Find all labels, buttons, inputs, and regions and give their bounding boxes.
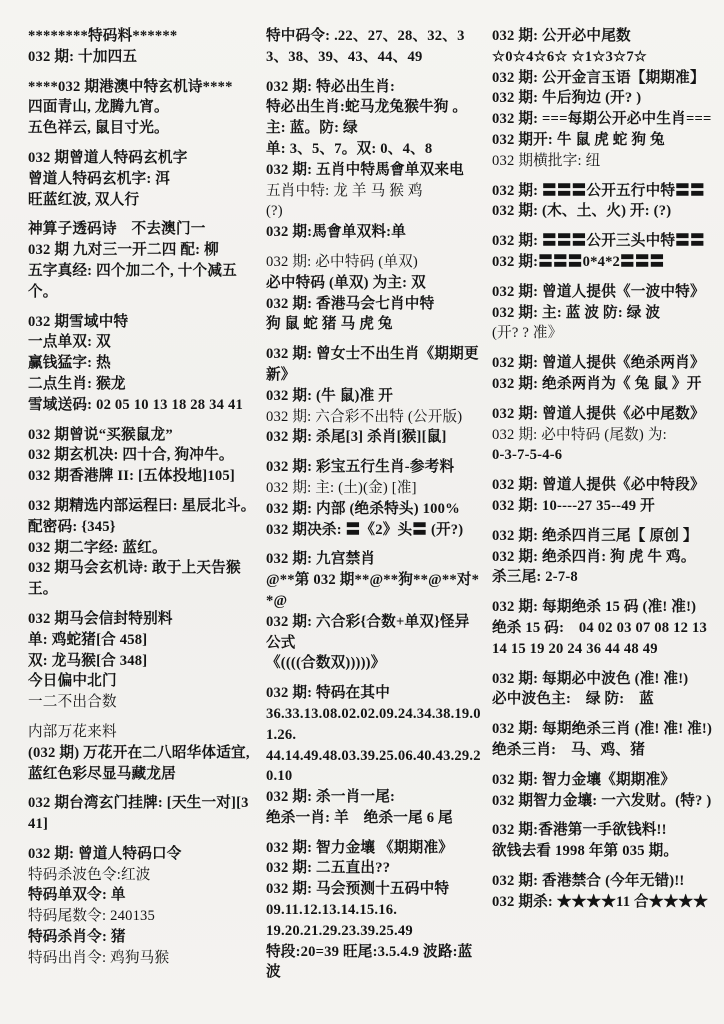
text-line: 032 期台湾玄门挂牌: [天生一对][341] — [28, 793, 256, 835]
text-line: 必中特码 (单双) 为主: 双 — [266, 273, 484, 294]
text-line: 36.33.13.08.02.02.09.24.34.38.19.01.26. — [266, 704, 484, 746]
paragraph-gap — [28, 416, 256, 425]
text-line: 032 期: 曾道人提供《一波中特》 — [492, 282, 724, 303]
text-line: 五色祥云, 鼠目寸光。 — [28, 118, 256, 139]
paragraph-gap — [28, 487, 256, 496]
text-line: 四面青山, 龙腾九宵。 — [28, 97, 256, 118]
text-line: 032 期: 智力金壤 《期期准》 — [266, 838, 484, 859]
text-line: 杀三尾: 2-7-8 — [492, 567, 724, 588]
text-line: 032 期: 曾道人提供《绝杀两肖》 — [492, 353, 724, 374]
text-line: 五肖中特: 龙 羊 马 猴 鸡 — [266, 181, 484, 202]
text-line: 032 期雪域中特 — [28, 312, 256, 333]
text-line: 032 期: 内部 (绝杀特头) 100% — [266, 499, 484, 520]
text-line: 032 期精选内部运程曰: 星辰北斗。 — [28, 496, 256, 517]
paragraph-gap — [28, 835, 256, 844]
text-line: 032 期横批字: 纽 — [492, 151, 724, 172]
text-line: 032 期马会玄机诗: 敢于上天告猴王。 — [28, 558, 256, 600]
text-line: 曾道人特码玄机字: 洱 — [28, 169, 256, 190]
text-line: 032 期: 必中特码 (尾数) 为: — [492, 425, 724, 446]
text-line: 今日偏中北门 — [28, 671, 256, 692]
text-line: 032 期: ===每期公开必中生肖=== — [492, 109, 724, 130]
text-line: 032 期 九对三一开二四 配: 柳 — [28, 240, 256, 261]
text-line: @**第 032 期**@**狗**@**对**@ — [266, 570, 484, 612]
text-line: 必中波色主: 绿 防: 蓝 — [492, 689, 724, 710]
text-line: 14 15 19 20 24 36 44 48 49 — [492, 639, 724, 660]
paragraph-gap — [266, 335, 484, 344]
left-column: ********特码料******032 期: 十加四五****032 期港澳中… — [28, 26, 256, 969]
text-line: 032 期: 曾女士不出生肖《期期更新》 — [266, 344, 484, 386]
paragraph-gap — [492, 761, 724, 770]
tip-sheet-page: ********特码料******032 期: 十加四五****032 期港澳中… — [0, 0, 724, 1024]
text-line: 赢钱猛字: 热 — [28, 353, 256, 374]
paragraph-gap — [492, 222, 724, 231]
paragraph-gap — [28, 210, 256, 219]
paragraph-gap — [492, 344, 724, 353]
text-line: 欲钱去看 1998 年第 035 期。 — [492, 841, 724, 862]
text-line: 032 期:馬會单双料:单 — [266, 222, 484, 243]
text-line: 032 期: 彩宝五行生肖-参考料 — [266, 457, 484, 478]
paragraph-gap — [28, 600, 256, 609]
text-line: 特必出生肖:蛇马龙兔猴牛狗 。 — [266, 97, 484, 118]
text-line: ********特码料****** — [28, 26, 256, 47]
text-line: 032 期: 二五直出?? — [266, 858, 484, 879]
text-line: 032 期: 主: (土)(金) [准] — [266, 478, 484, 499]
text-line: ****032 期港澳中特玄机诗**** — [28, 77, 256, 98]
text-line: 032 期玄机决: 四十合, 狗冲牛。 — [28, 445, 256, 466]
text-line: 032 期:香港第一手欲钱料!! — [492, 820, 724, 841]
text-line: 神算子透码诗 不去澳门一 — [28, 219, 256, 240]
paragraph-gap — [266, 829, 484, 838]
text-line: 单: 鸡蛇猪[合 458] — [28, 630, 256, 651]
paragraph-gap — [492, 466, 724, 475]
text-line: 旺蓝红波, 双人行 — [28, 190, 256, 211]
text-line: 单: 3、5、7。双: 0、4、8 — [266, 139, 484, 160]
text-line: 032 期: 牛后狗边 (开? ) — [492, 88, 724, 109]
paragraph-gap — [492, 395, 724, 404]
text-line: 032 期: 香港禁合 (今年无错)!! — [492, 871, 724, 892]
text-line: 032 期: 公开必中尾数 — [492, 26, 724, 47]
text-line: 032 期: 〓〓〓公开五行中特〓〓 — [492, 181, 724, 202]
text-line: 032 期二字经: 蓝红。 — [28, 538, 256, 559]
text-line: 特码单双令: 单 — [28, 885, 256, 906]
paragraph-gap — [492, 172, 724, 181]
text-line: 特码尾数令: 240135 — [28, 906, 256, 927]
text-line: (032 期) 万花开在二八昭华体适宜, 蓝红色彩尽显马藏龙居 — [28, 743, 256, 785]
paragraph-gap — [28, 139, 256, 148]
text-line: 032 期: 曾道人提供《必中特段》 — [492, 475, 724, 496]
paragraph-gap — [492, 710, 724, 719]
text-line: 44.14.49.48.03.39.25.06.40.43.29.20.10 — [266, 746, 484, 788]
text-line: 032 期: 六合彩{合数+单双}怪异公式 — [266, 612, 484, 654]
text-line: 狗 鼠 蛇 猪 马 虎 兔 — [266, 314, 484, 335]
paragraph-gap — [492, 517, 724, 526]
text-line: 032 期: 每期绝杀 15 码 (准! 准!) — [492, 597, 724, 618]
text-line: 特码出肖令: 鸡狗马猴 — [28, 948, 256, 969]
text-line: 032 期: 智力金壤《期期准》 — [492, 770, 724, 791]
paragraph-gap — [28, 68, 256, 77]
paragraph-gap — [28, 303, 256, 312]
text-line: 032 期: 绝杀四肖: 狗 虎 牛 鸡。 — [492, 547, 724, 568]
text-line: 特码杀波色令:红波 — [28, 865, 256, 886]
text-line: 二点生肖: 猴龙 — [28, 374, 256, 395]
text-line: 032 期: 六合彩不出特 (公开版) — [266, 407, 484, 428]
text-line: 032 期: 杀一肖一尾: — [266, 787, 484, 808]
text-line: 032 期: (牛 鼠)准 开 — [266, 386, 484, 407]
text-line: 032 期: 曾道人提供《必中尾数》 — [492, 404, 724, 425]
text-line: 《((((合数双)))))》 — [266, 653, 484, 674]
text-line: 特中码令: .22、27、28、32、33、38、39、43、44、49 — [266, 26, 484, 68]
text-line: 特段:20=39 旺尾:3.5.4.9 波路:蓝波 — [266, 942, 484, 984]
text-line: 一二不出合数 — [28, 692, 256, 713]
paragraph-gap — [28, 784, 256, 793]
paragraph-gap — [492, 862, 724, 871]
text-line: 五字真经: 四个加二个, 十个减五个。 — [28, 261, 256, 303]
text-line: 032 期曾道人特码玄机字 — [28, 148, 256, 169]
text-line: 032 期香港牌 II: [五体投地]105] — [28, 466, 256, 487]
text-line: 032 期: 每期必中波色 (准! 准!) — [492, 669, 724, 690]
paragraph-gap — [266, 68, 484, 77]
text-line: 032 期开: 牛 鼠 虎 蛇 狗 兔 — [492, 130, 724, 151]
right-column: 032 期: 公开必中尾数☆0☆4☆6☆ ☆1☆3☆7☆032 期: 公开金言玉… — [492, 26, 724, 912]
paragraph-gap — [492, 660, 724, 669]
text-line: 032 期: (木、土、火) 开: (?) — [492, 201, 724, 222]
text-line: 032 期马会信封特别料 — [28, 609, 256, 630]
text-line: 032 期: 曾道人特码口令 — [28, 844, 256, 865]
text-line: 032 期: 每期绝杀三肖 (准! 准! 准!) — [492, 719, 724, 740]
text-line: 内部万花来料 — [28, 722, 256, 743]
text-line: 0-3-7-5-4-6 — [492, 445, 724, 466]
text-line: 032 期: 杀尾[3] 杀肖[猴][鼠] — [266, 427, 484, 448]
text-line: 特码杀肖令: 猪 — [28, 927, 256, 948]
text-line: 主: 蓝。防: 绿 — [266, 118, 484, 139]
text-line: 032 期: 公开金言玉语【期期准】 — [492, 68, 724, 89]
paragraph-gap — [266, 448, 484, 457]
text-line: 19.20.21.29.23.39.25.49 — [266, 921, 484, 942]
text-line: 一点单双: 双 — [28, 332, 256, 353]
paragraph-gap — [266, 243, 484, 252]
text-line: ☆0☆4☆6☆ ☆1☆3☆7☆ — [492, 47, 724, 68]
text-line: 配密码: {345} — [28, 517, 256, 538]
text-line: 032 期智力金壤: 一六发财。(特? ) — [492, 791, 724, 812]
paragraph-gap — [266, 540, 484, 549]
text-line: 032 期: 绝杀两肖为《 兔 鼠 》开 — [492, 374, 724, 395]
paragraph-gap — [492, 811, 724, 820]
text-line: 032 期: 特码在其中 — [266, 683, 484, 704]
text-line: (开? ? 准》 — [492, 323, 724, 344]
text-line: 032 期杀: ★★★★11 合★★★★ — [492, 892, 724, 913]
text-line: 032 期: 特必出生肖: — [266, 77, 484, 98]
paragraph-gap — [492, 273, 724, 282]
text-line: 032 期: 绝杀四肖三尾【 原创 】 — [492, 526, 724, 547]
text-line: 032 期: 马会预测十五码中特 — [266, 879, 484, 900]
text-line: 032 期: 主: 蓝 波 防: 绿 波 — [492, 303, 724, 324]
paragraph-gap — [28, 713, 256, 722]
text-line: 032 期: 香港马会七肖中特 — [266, 294, 484, 315]
text-line: 雪域送码: 02 05 10 13 18 28 34 41 — [28, 395, 256, 416]
text-line: 绝杀 15 码: 04 02 03 07 08 12 13 — [492, 618, 724, 639]
text-line: (?) — [266, 201, 484, 222]
text-line: 032 期: 10----27 35--49 开 — [492, 496, 724, 517]
paragraph-gap — [492, 588, 724, 597]
text-line: 双: 龙马猴[合 348] — [28, 651, 256, 672]
paragraph-gap — [266, 674, 484, 683]
text-line: 032 期决杀: 〓《2》头〓 (开?) — [266, 520, 484, 541]
text-line: 032 期曾说“买猴鼠龙” — [28, 425, 256, 446]
text-line: 绝杀三肖: 马、鸡、猪 — [492, 740, 724, 761]
text-line: 032 期: 〓〓〓公开三头中特〓〓 — [492, 231, 724, 252]
text-line: 09.11.12.13.14.15.16. — [266, 900, 484, 921]
text-line: 绝杀一肖: 羊 绝杀一尾 6 尾 — [266, 808, 484, 829]
text-line: 032 期: 九宫禁肖 — [266, 549, 484, 570]
text-line: 032 期: 必中特码 (单双) — [266, 252, 484, 273]
middle-column: 特中码令: .22、27、28、32、33、38、39、43、44、49032 … — [266, 26, 484, 983]
text-line: 032 期: 五肖中特馬會单双来电 — [266, 160, 484, 181]
text-line: 032 期:〓〓〓0*4*2〓〓〓 — [492, 252, 724, 273]
text-line: 032 期: 十加四五 — [28, 47, 256, 68]
